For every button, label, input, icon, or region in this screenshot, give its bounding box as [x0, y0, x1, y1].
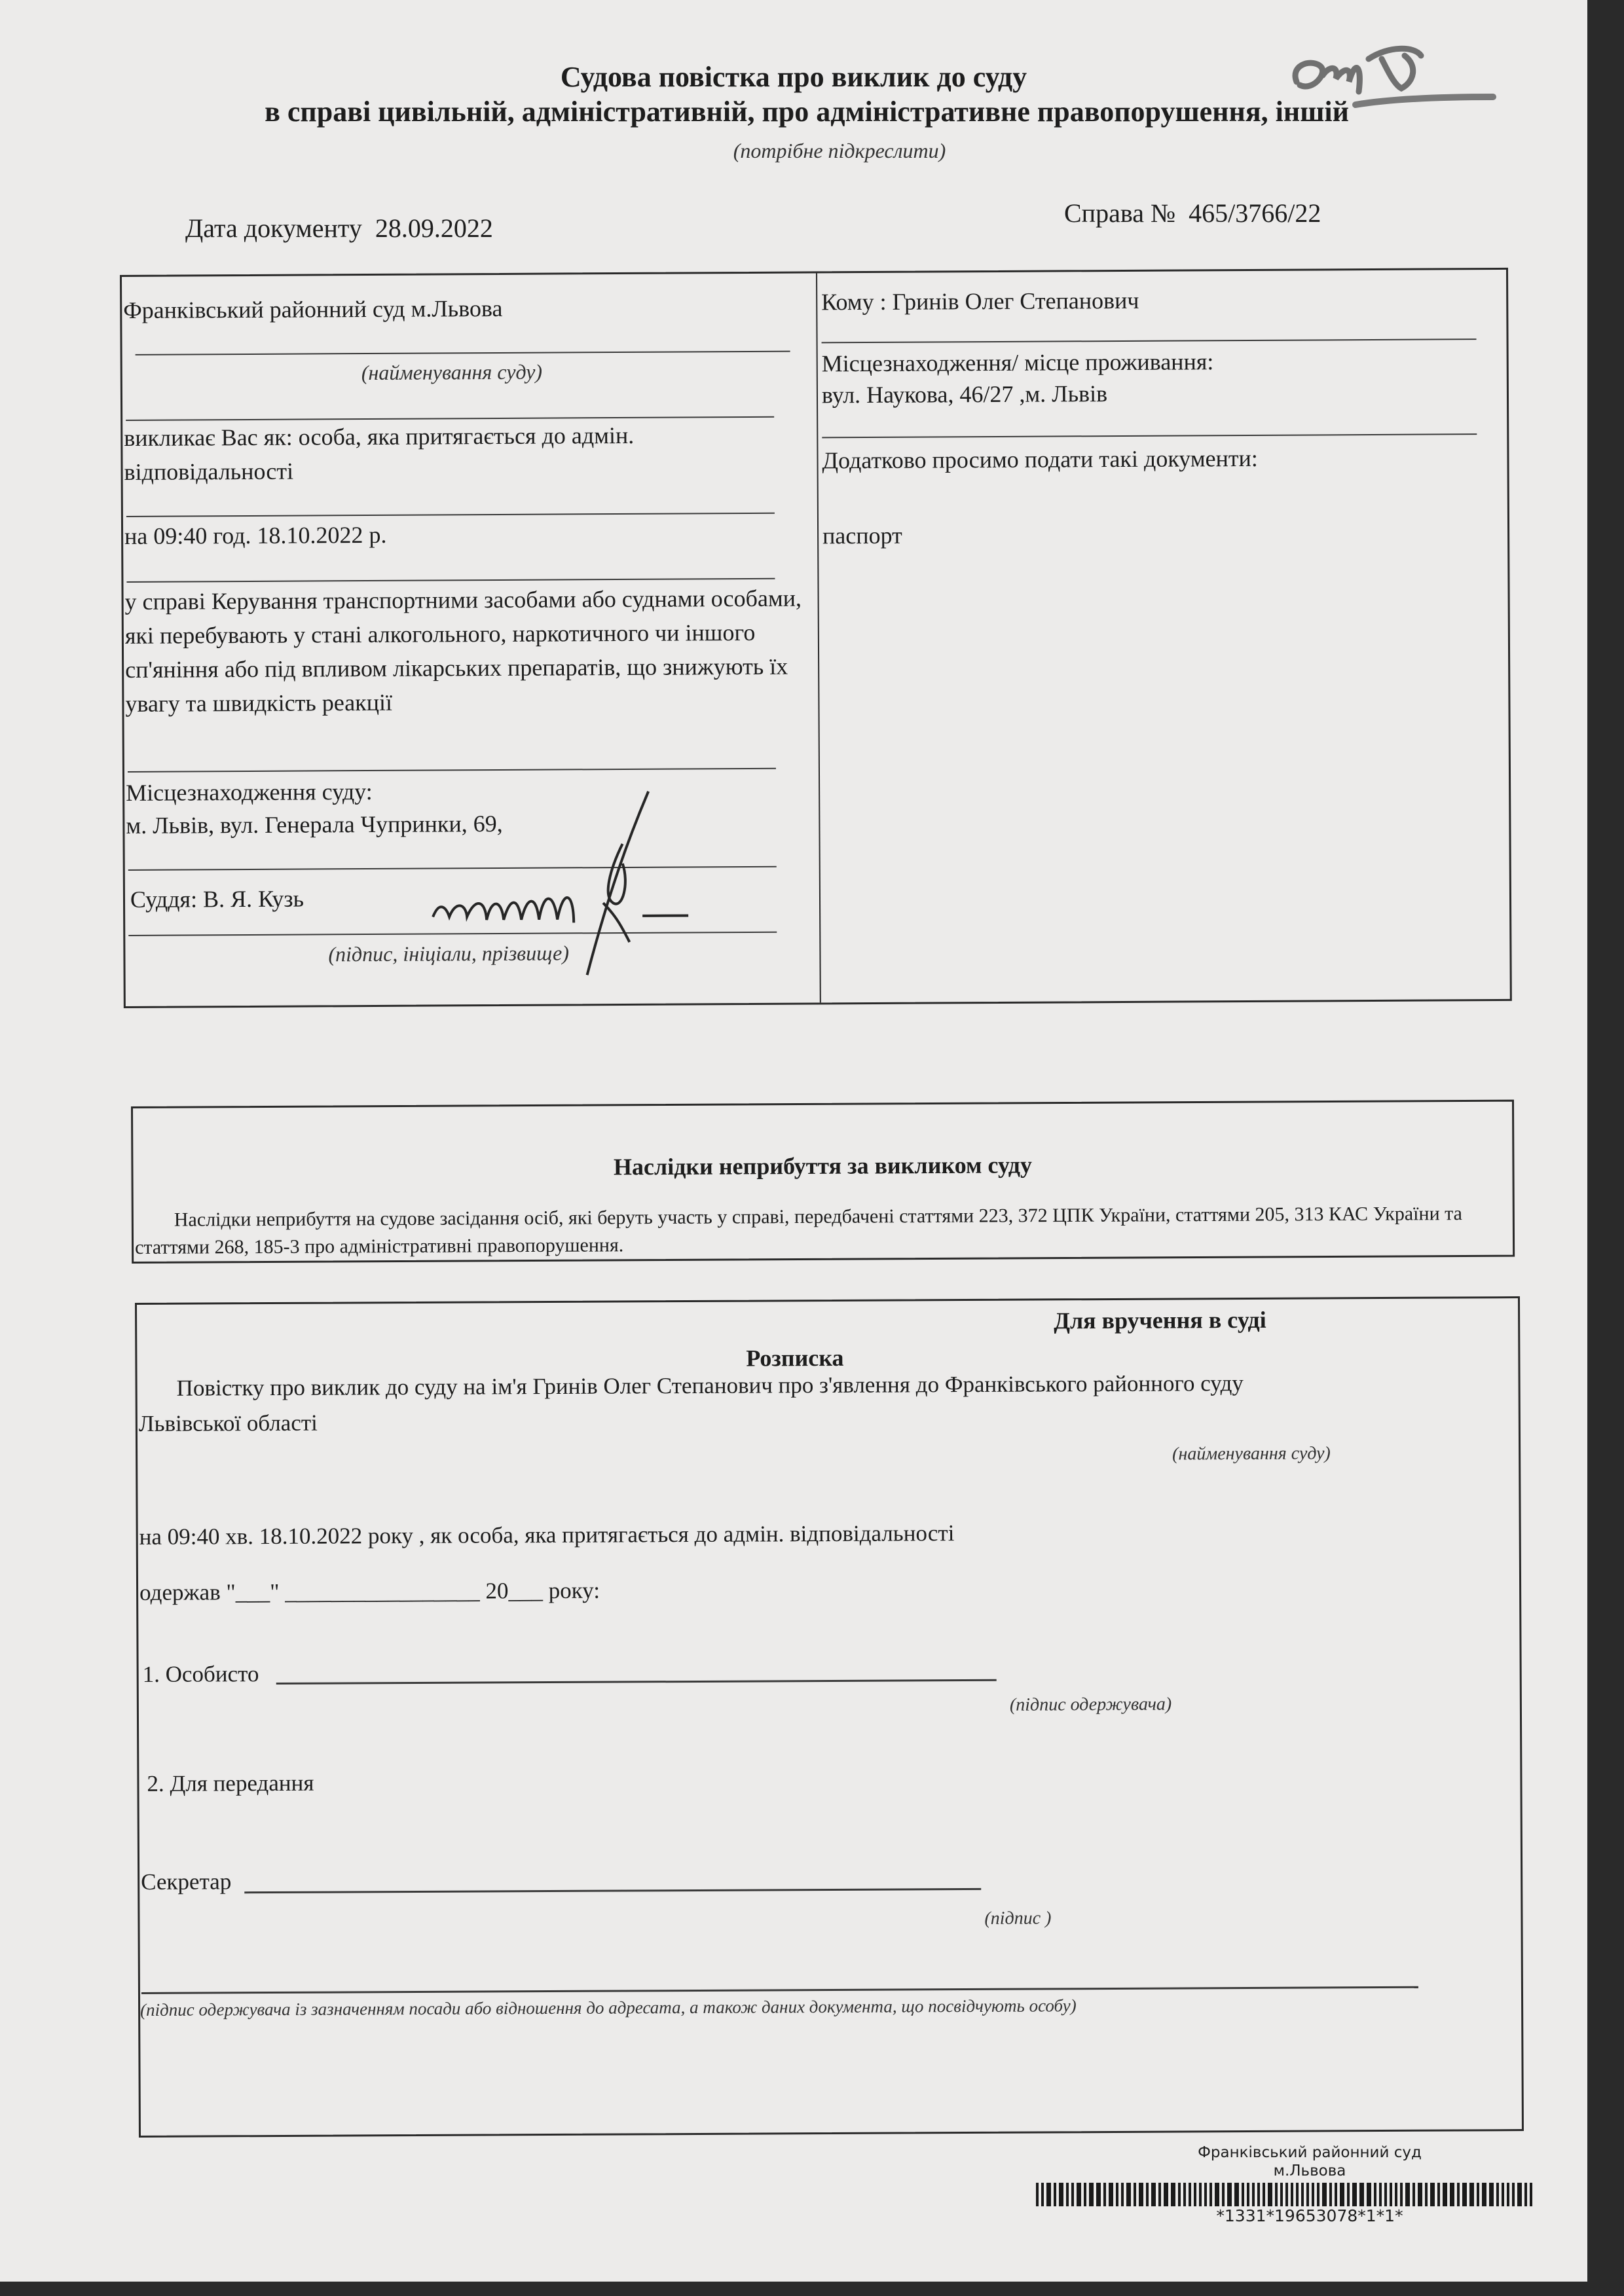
barcode-bar — [1126, 2183, 1131, 2206]
barcode-bar — [1405, 2183, 1410, 2206]
barcode-bar — [1059, 2183, 1063, 2206]
barcode-bar — [1178, 2183, 1181, 2206]
barcode-bar — [1116, 2183, 1118, 2206]
date-value: 28.09.2022 — [375, 213, 493, 243]
barcode-bar — [1352, 2183, 1357, 2206]
divider — [822, 338, 1477, 343]
consequences-title: Наслідки неприбуття за викликом суду — [133, 1149, 1512, 1183]
barcode-bar — [1374, 2183, 1376, 2206]
barcode-bar — [1054, 2183, 1056, 2206]
case-subject: у справі Керування транспортними засобам… — [124, 581, 813, 720]
extra-docs-value: паспорт — [822, 519, 902, 553]
barcode-bar — [1524, 2183, 1527, 2206]
barcode-bar — [1507, 2183, 1509, 2206]
barcode-bar — [1171, 2183, 1175, 2206]
barcode-bar — [1322, 2183, 1327, 2206]
summons-role: викликає Вас як: особа, яка притягається… — [124, 418, 805, 489]
recipient-address: вул. Наукова, 46/27 ,м. Львів — [822, 376, 1107, 412]
title-line-2: в справі цивільній, адміністративній, пр… — [0, 95, 1587, 128]
judge-name: Суддя: В. Я. Кузь — [130, 882, 304, 917]
barcode-bar — [1199, 2183, 1202, 2206]
barcode-bar — [1194, 2183, 1196, 2206]
barcode-bar — [1517, 2183, 1522, 2206]
barcode-bar — [1280, 2183, 1283, 2206]
recipient-signature-line[interactable] — [141, 1986, 1418, 1994]
barcode-text: *1331*19653078*1*1* — [1146, 2206, 1473, 2225]
secretary-label: Секретар — [141, 1868, 231, 1895]
barcode-bar — [1412, 2183, 1415, 2206]
secretary-hint: (підпис ) — [984, 1908, 1051, 1929]
title-hint: (потрібне підкреслити) — [0, 139, 1587, 163]
barcode-bar — [1252, 2183, 1255, 2206]
received-date-field[interactable]: одержав "___" _________________ 20___ ро… — [139, 1578, 600, 1606]
footer-court-line-1: Франківський районний суд — [1146, 2144, 1473, 2161]
barcode-bar — [1096, 2183, 1101, 2206]
divider — [126, 513, 775, 517]
barcode-bar — [1379, 2183, 1382, 2206]
barcode-bar — [1071, 2183, 1074, 2206]
column-divider — [816, 273, 821, 1002]
personally-label: 1. Особисто — [143, 1661, 259, 1688]
case-number: Справа № 465/3766/22 — [1064, 198, 1321, 228]
secretary-signature-line[interactable] — [244, 1888, 981, 1893]
barcode-bar — [1164, 2183, 1168, 2206]
barcode-bar — [1430, 2183, 1435, 2206]
barcode-bar — [1285, 2183, 1288, 2206]
summons-table: Франківський районний суд м.Львова (найм… — [120, 268, 1512, 1008]
barcode-bar — [1462, 2183, 1467, 2206]
extra-docs-label: Додатково просимо подати такі документи: — [822, 441, 1258, 477]
barcode-bar — [1482, 2183, 1486, 2206]
barcode-bar — [1425, 2183, 1428, 2206]
barcode-bar — [1275, 2183, 1278, 2206]
barcode-bar — [1317, 2183, 1319, 2206]
barcode-bar — [1400, 2183, 1403, 2206]
barcode-bar — [1477, 2183, 1479, 2206]
court-location-label: Місцезнаходження суду: — [126, 774, 373, 810]
barcode-bar — [1222, 2183, 1225, 2206]
barcode-bar — [1151, 2183, 1156, 2206]
barcode-bar — [1077, 2183, 1081, 2206]
address-label: Місцезнаходження/ місце проживання: — [822, 344, 1214, 380]
barcode-bar — [1329, 2183, 1332, 2206]
barcode-bar — [1469, 2183, 1474, 2206]
divider — [136, 351, 790, 355]
barcode-bar — [1390, 2183, 1392, 2206]
barcode-bar — [1443, 2183, 1447, 2206]
barcode-bar — [1227, 2183, 1232, 2206]
barcode-bar — [1046, 2183, 1051, 2206]
barcode-bar — [1121, 2183, 1124, 2206]
title-line-1: Судова повістка про виклик до суду — [0, 60, 1587, 94]
personally-hint: (підпис одержувача) — [1010, 1694, 1172, 1716]
barcode-bar — [1139, 2183, 1143, 2206]
receipt-title: Розписка — [137, 1341, 1518, 1375]
barcode-bar — [1301, 2183, 1304, 2206]
barcode-bar — [1512, 2183, 1515, 2206]
barcode-bar — [1158, 2183, 1161, 2206]
barcode-bar — [1312, 2183, 1314, 2206]
receipt-court-hint: (найменування суду) — [1172, 1443, 1331, 1465]
recipient: Кому : Гринів Олег Степанович — [821, 283, 1139, 319]
receipt-box: Для вручення в суді Розписка Повістку пр… — [135, 1296, 1524, 2138]
document-page: Судова повістка про виклик до суду в спр… — [0, 0, 1587, 2282]
barcode-bar — [1502, 2183, 1504, 2206]
barcode-bar — [1084, 2183, 1086, 2206]
barcode-bar — [1359, 2183, 1364, 2206]
barcode-bar — [1041, 2183, 1044, 2206]
barcode-bar — [1215, 2183, 1219, 2206]
barcode-bar — [1489, 2183, 1494, 2206]
judge-signature — [426, 784, 794, 983]
barcode-bar — [1066, 2183, 1069, 2206]
court-name: Франківський районний суд м.Львова — [123, 291, 502, 327]
barcode-bar — [1457, 2183, 1460, 2206]
receipt-line-1: Повістку про виклик до суду на ім'я Грин… — [177, 1370, 1244, 1402]
footer-court-line-2: м.Львова — [1146, 2162, 1473, 2179]
case-label: Справа № — [1064, 198, 1175, 228]
barcode-bar — [1209, 2183, 1212, 2206]
personally-signature-line[interactable] — [276, 1679, 997, 1685]
barcode-bar — [1367, 2183, 1371, 2206]
barcode-bar — [1183, 2183, 1186, 2206]
barcode-bar — [1109, 2183, 1113, 2206]
consequences-box: Наслідки неприбуття за викликом суду Нас… — [131, 1100, 1515, 1264]
barcode-bar — [1146, 2183, 1149, 2206]
hearing-time: на 09:40 год. 18.10.2022 р. — [124, 518, 387, 553]
document-date: Дата документу 28.09.2022 — [185, 213, 493, 244]
barcode-bar — [1437, 2183, 1440, 2206]
barcode-bar — [1134, 2183, 1136, 2206]
receipt-line-2: Львівської області — [139, 1410, 318, 1437]
divider — [128, 768, 776, 773]
barcode-bar — [1296, 2183, 1299, 2206]
recipient-signature-hint: (підпис одержувача із зазначенням посади… — [140, 1995, 1077, 2020]
court-name-hint: (найменування суду) — [361, 360, 542, 385]
barcode-bar — [1089, 2183, 1094, 2206]
barcode — [1036, 2183, 1535, 2206]
barcode-bar — [1340, 2183, 1344, 2206]
barcode-bar — [1247, 2183, 1249, 2206]
barcode-bar — [1496, 2183, 1499, 2206]
barcode-bar — [1204, 2183, 1207, 2206]
barcode-bar — [1450, 2183, 1454, 2206]
barcode-bar — [1347, 2183, 1350, 2206]
for-court-delivery: Для вручення в суді — [1054, 1306, 1266, 1335]
barcode-bar — [1103, 2183, 1106, 2206]
barcode-bar — [1291, 2183, 1293, 2206]
barcode-bar — [1257, 2183, 1260, 2206]
case-value: 465/3766/22 — [1189, 198, 1321, 228]
barcode-bar — [1418, 2183, 1422, 2206]
receipt-time-line: на 09:40 хв. 18.10.2022 року , як особа,… — [139, 1520, 955, 1550]
barcode-bar — [1530, 2183, 1532, 2206]
barcode-bar — [1384, 2183, 1387, 2206]
barcode-bar — [1234, 2183, 1239, 2206]
barcode-bar — [1268, 2183, 1272, 2206]
date-label: Дата документу — [185, 213, 362, 243]
barcode-bar — [1335, 2183, 1337, 2206]
barcode-bar — [1306, 2183, 1309, 2206]
barcode-bar — [1263, 2183, 1265, 2206]
barcode-bar — [1036, 2183, 1039, 2206]
transfer-label: 2. Для передання — [147, 1770, 314, 1797]
barcode-bar — [1242, 2183, 1244, 2206]
barcode-bar — [1395, 2183, 1397, 2206]
barcode-bar — [1189, 2183, 1191, 2206]
divider — [822, 433, 1477, 438]
consequences-text: Наслідки неприбуття на судове засідання … — [135, 1200, 1504, 1262]
